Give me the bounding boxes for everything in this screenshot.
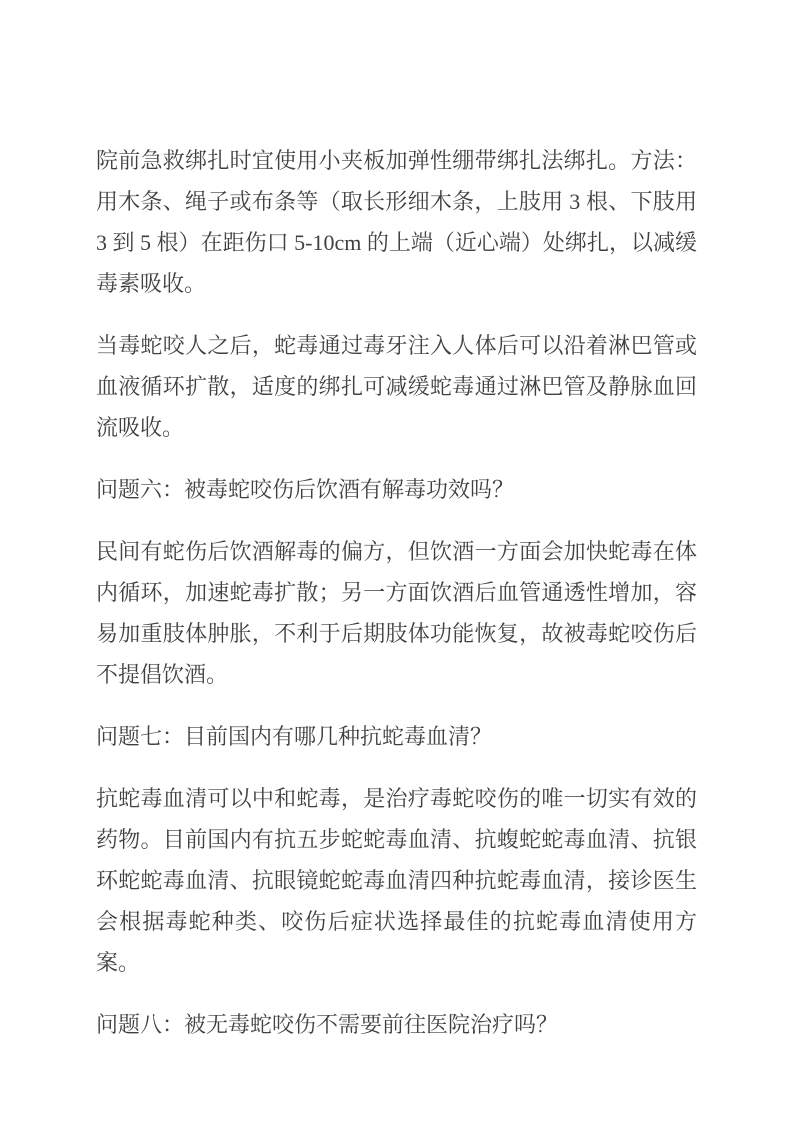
- document-page: 院前急救绑扎时宜使用小夹板加弹性绷带绑扎法绑扎。方法：用木条、绳子或布条等（取长…: [0, 0, 793, 1122]
- paragraph-venom-spread: 当毒蛇咬人之后，蛇毒通过毒牙注入人体后可以沿着淋巴管或血液循环扩散，适度的绑扎可…: [96, 325, 697, 448]
- question-six-heading: 问题六：被毒蛇咬伤后饮酒有解毒功效吗？: [96, 469, 697, 510]
- question-seven-heading: 问题七：目前国内有哪几种抗蛇毒血清？: [96, 716, 697, 757]
- paragraph-antivenom-answer: 抗蛇毒血清可以中和蛇毒，是治疗毒蛇咬伤的唯一切实有效的药物。目前国内有抗五步蛇蛇…: [96, 778, 697, 983]
- question-eight-heading: 问题八：被无毒蛇咬伤不需要前往医院治疗吗？: [96, 1004, 697, 1045]
- document-body: 院前急救绑扎时宜使用小夹板加弹性绷带绑扎法绑扎。方法：用木条、绳子或布条等（取长…: [96, 140, 697, 1066]
- paragraph-binding-method: 院前急救绑扎时宜使用小夹板加弹性绷带绑扎法绑扎。方法：用木条、绳子或布条等（取长…: [96, 140, 697, 304]
- paragraph-alcohol-answer: 民间有蛇伤后饮酒解毒的偏方，但饮酒一方面会加快蛇毒在体内循环，加速蛇毒扩散；另一…: [96, 531, 697, 695]
